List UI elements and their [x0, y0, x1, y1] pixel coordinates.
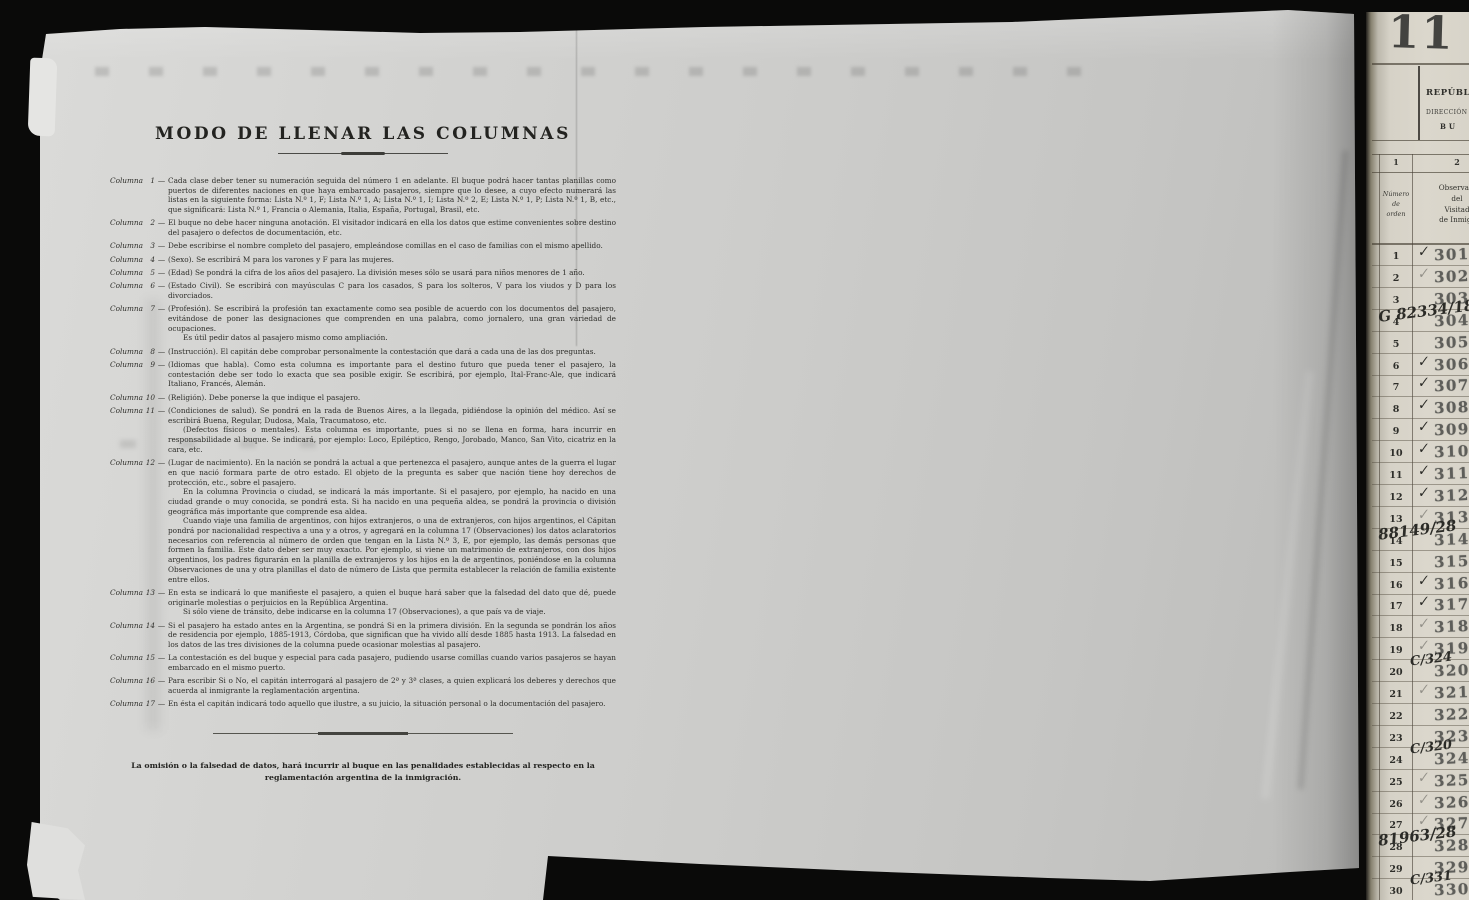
- order-number: 10: [1380, 448, 1412, 459]
- item-number: 12: [144, 458, 155, 584]
- stamped-number: 309: [1434, 419, 1469, 439]
- order-number: 1: [1380, 251, 1412, 262]
- item-text: Debe escribirse el nombre completo del p…: [168, 241, 616, 251]
- table-row: 20320C/324: [1372, 659, 1469, 682]
- checkmark-icon: ✓: [1417, 462, 1430, 480]
- order-number: 11: [1380, 470, 1412, 481]
- item-text: (Idiomas que habla). Como esta columna e…: [168, 360, 616, 389]
- order-number: 18: [1380, 623, 1412, 634]
- stamped-number: 317: [1434, 594, 1469, 614]
- item-dash: —: [155, 588, 168, 617]
- scanned-ledger-spread: MODO DE LLENAR LAS COLUMNAS Columna1—Cad…: [0, 0, 1469, 900]
- page-edge-shadow: [1272, 0, 1362, 900]
- direccion-heading: DIRECCIÓN: [1426, 109, 1467, 116]
- item-paragraph: (Religión). Debe ponerse la que indique …: [168, 393, 616, 403]
- stamped-number: 308: [1434, 397, 1469, 417]
- table-row: 21✓321: [1372, 681, 1469, 704]
- table-row: 18✓318: [1372, 615, 1469, 638]
- checkmark-icon: ✓: [1417, 615, 1430, 633]
- table-row: 9✓309: [1372, 418, 1469, 441]
- instructions-text-block: MODO DE LLENAR LAS COLUMNAS Columna1—Cad…: [110, 124, 616, 783]
- order-number: 5: [1380, 339, 1412, 350]
- item-dash: —: [155, 241, 168, 251]
- item-dash: —: [155, 347, 168, 357]
- checkmark-icon: ✓: [1417, 243, 1430, 261]
- table-row: 1✓301: [1372, 243, 1469, 266]
- table-row: 24324C/320: [1372, 747, 1469, 770]
- item-paragraph: La contestación es del buque y especial …: [168, 653, 616, 672]
- paper-highlight: [0, 0, 1362, 60]
- penalty-note: La omisión o la falsedad de datos, hará …: [123, 760, 603, 783]
- table-row: 17✓317: [1372, 593, 1469, 616]
- item-text: Para escribir Si o No, el capitán interr…: [168, 676, 616, 695]
- checkmark-icon: ✓: [1417, 769, 1430, 787]
- item-label-word: Columna: [110, 241, 144, 251]
- instruction-item: Columna16—Para escribir Si o No, el capi…: [110, 676, 616, 695]
- order-number: 25: [1380, 777, 1412, 788]
- checkmark-icon: ✓: [1417, 374, 1430, 392]
- item-number: 2: [144, 218, 155, 237]
- item-number: 9: [144, 360, 155, 389]
- republic-heading: REPÚBLIC: [1426, 88, 1469, 98]
- item-label-word: Columna: [110, 347, 144, 357]
- table-row: 2832881963/28: [1372, 834, 1469, 857]
- item-text: (Profesión). Se escribirá la profesión t…: [168, 304, 616, 343]
- checkmark-icon: ✓: [1417, 572, 1430, 590]
- instruction-item: Columna11—(Condiciones de salud). Se pon…: [110, 406, 616, 455]
- item-dash: —: [155, 458, 168, 584]
- item-paragraph: Debe escribirse el nombre completo del p…: [168, 241, 616, 251]
- item-dash: —: [155, 268, 168, 278]
- rule-line: [1372, 172, 1469, 173]
- table-row: 25✓325: [1372, 769, 1469, 792]
- item-text: (Condiciones de salud). Se pondrá en la …: [168, 406, 616, 455]
- instruction-item: Columna13—En esta se indicará lo que man…: [110, 588, 616, 617]
- order-number: 17: [1380, 601, 1412, 612]
- rule-line: [1372, 140, 1469, 141]
- order-number: 30: [1380, 886, 1412, 897]
- instruction-item: Columna4—(Sexo). Se escribirá M para los…: [110, 255, 616, 265]
- order-number: 15: [1380, 558, 1412, 569]
- item-dash: —: [155, 653, 168, 672]
- item-paragraph: (Sexo). Se escribirá M para los varones …: [168, 255, 616, 265]
- item-number: 5: [144, 268, 155, 278]
- item-number: 7: [144, 304, 155, 343]
- item-paragraph: Cada clase deber tener su numeración seg…: [168, 176, 616, 215]
- item-paragraph: En esta se indicará lo que manifieste el…: [168, 588, 616, 607]
- item-label-word: Columna: [110, 393, 144, 403]
- item-paragraph: En ésta el capitán indicará todo aquello…: [168, 699, 616, 709]
- table-row: 30330C/331: [1372, 878, 1469, 900]
- instruction-item: Columna15—La contestación es del buque y…: [110, 653, 616, 672]
- order-number: 24: [1380, 755, 1412, 766]
- order-number: 22: [1380, 711, 1412, 722]
- item-dash: —: [155, 304, 168, 343]
- item-number: 4: [144, 255, 155, 265]
- rule-line: [1372, 63, 1469, 65]
- item-number: 15: [144, 653, 155, 672]
- header-line: de: [1376, 200, 1416, 210]
- instruction-item: Columna5—(Edad) Se pondrá la cifra de lo…: [110, 268, 616, 278]
- item-label-word: Columna: [110, 304, 144, 343]
- item-dash: —: [155, 255, 168, 265]
- table-row: 22322: [1372, 703, 1469, 726]
- stamped-number: 302: [1434, 266, 1469, 286]
- item-number: 16: [144, 676, 155, 695]
- checkmark-icon: ✓: [1417, 791, 1430, 809]
- header-rule: [1418, 66, 1420, 140]
- order-number: 26: [1380, 799, 1412, 810]
- item-dash: —: [155, 393, 168, 403]
- item-text: Si el pasajero ha estado antes en la Arg…: [168, 621, 616, 650]
- stamped-number: 315: [1434, 550, 1469, 570]
- item-dash: —: [155, 176, 168, 215]
- checkmark-icon: ✓: [1417, 353, 1430, 371]
- instructions-page: MODO DE LLENAR LAS COLUMNAS Columna1—Cad…: [0, 0, 1362, 900]
- stamped-number: 305: [1434, 331, 1469, 351]
- table-row: 5305: [1372, 331, 1469, 354]
- footer-divider: [213, 731, 513, 736]
- checkmark-icon: ✓: [1417, 265, 1430, 283]
- table-row: 8✓308: [1372, 396, 1469, 419]
- item-text: La contestación es del buque y especial …: [168, 653, 616, 672]
- order-number: 7: [1380, 382, 1412, 393]
- item-text: (Estado Civil). Se escribirá con mayúscu…: [168, 281, 616, 300]
- order-number: 16: [1380, 580, 1412, 591]
- item-paragraph: Para escribir Si o No, el capitán interr…: [168, 676, 616, 695]
- numero-de-orden-header: Númerodeorden: [1376, 190, 1416, 220]
- item-text: (Edad) Se pondrá la cifra de los años de…: [168, 268, 616, 278]
- stamped-number: 321: [1434, 682, 1469, 702]
- column-2-number: 2: [1414, 157, 1469, 167]
- checkmark-icon: ✓: [1417, 396, 1430, 414]
- order-number: 20: [1380, 667, 1412, 678]
- item-number: 11: [144, 406, 155, 455]
- stamped-number: 322: [1434, 704, 1469, 724]
- order-number: 21: [1380, 689, 1412, 700]
- item-paragraph: (Instrucción). El capitán debe comprobar…: [168, 347, 616, 357]
- item-dash: —: [155, 621, 168, 650]
- item-label-word: Columna: [110, 458, 144, 584]
- instruction-item: Columna3—Debe escribirse el nombre compl…: [110, 241, 616, 251]
- buenos-aires-heading: BU: [1440, 122, 1458, 131]
- item-number: 3: [144, 241, 155, 251]
- item-paragraph: (Profesión). Se escribirá la profesión t…: [168, 304, 616, 333]
- instruction-item: Columna9—(Idiomas que habla). Como esta …: [110, 360, 616, 389]
- item-text: (Lugar de nacimiento). En la nación se p…: [168, 458, 616, 584]
- title-ornament: [278, 151, 448, 156]
- bleedthrough-stain: [95, 67, 1105, 76]
- checkmark-icon: ✓: [1417, 681, 1430, 699]
- item-label-word: Columna: [110, 255, 144, 265]
- header-line: de Inmigr: [1414, 215, 1469, 226]
- stamped-number: 301: [1434, 244, 1469, 264]
- item-paragraph: (Lugar de nacimiento). En la nación se p…: [168, 458, 616, 487]
- page-number: 11: [1387, 9, 1455, 56]
- item-dash: —: [155, 281, 168, 300]
- instruction-item: Columna14—Si el pasajero ha estado antes…: [110, 621, 616, 650]
- stamped-number: 326: [1434, 791, 1469, 811]
- item-dash: —: [155, 360, 168, 389]
- order-number: 23: [1380, 733, 1412, 744]
- item-paragraph: (Condiciones de salud). Se pondrá en la …: [168, 406, 616, 425]
- item-label-word: Columna: [110, 676, 144, 695]
- item-number: 14: [144, 621, 155, 650]
- item-label-word: Columna: [110, 281, 144, 300]
- item-label-word: Columna: [110, 653, 144, 672]
- item-label-word: Columna: [110, 406, 144, 455]
- table-row: 15315: [1372, 550, 1469, 573]
- item-paragraph: Cuando viaje una familia de argentinos, …: [168, 516, 616, 584]
- table-row: 16✓316: [1372, 572, 1469, 595]
- item-number: 13: [144, 588, 155, 617]
- instruction-item: Columna10—(Religión). Debe ponerse la qu…: [110, 393, 616, 403]
- item-paragraph: Es útil pedir datos al pasajero mismo co…: [168, 333, 616, 343]
- item-label-word: Columna: [110, 588, 144, 617]
- header-line: del: [1414, 194, 1469, 205]
- item-text: El buque no debe hacer ninguna anotación…: [168, 218, 616, 237]
- item-paragraph: El buque no debe hacer ninguna anotación…: [168, 218, 616, 237]
- item-label-word: Columna: [110, 176, 144, 215]
- stamped-number: 311: [1434, 463, 1469, 483]
- stamped-number: 325: [1434, 769, 1469, 789]
- item-text: (Instrucción). El capitán debe comprobar…: [168, 347, 616, 357]
- item-paragraph: Si el pasajero ha estado antes en la Arg…: [168, 621, 616, 650]
- item-text: (Sexo). Se escribirá M para los varones …: [168, 255, 616, 265]
- item-text: En esta se indicará lo que manifieste el…: [168, 588, 616, 617]
- table-row: 7✓307: [1372, 374, 1469, 397]
- order-number: 8: [1380, 404, 1412, 415]
- column-instructions-list: Columna1—Cada clase deber tener su numer…: [110, 176, 616, 709]
- table-row: 26✓326: [1372, 791, 1469, 814]
- instruction-item: Columna12—(Lugar de nacimiento). En la n…: [110, 458, 616, 584]
- instruction-item: Columna2—El buque no debe hacer ninguna …: [110, 218, 616, 237]
- table-row: 1431488149/28: [1372, 528, 1469, 551]
- item-dash: —: [155, 676, 168, 695]
- instruction-item: Columna1—Cada clase deber tener su numer…: [110, 176, 616, 215]
- stamped-number: 318: [1434, 616, 1469, 636]
- item-label-word: Columna: [110, 621, 144, 650]
- table-row: 6✓306: [1372, 353, 1469, 376]
- header-line: Número: [1376, 190, 1416, 200]
- stamped-number: 306: [1434, 353, 1469, 373]
- order-number: 2: [1380, 273, 1412, 284]
- item-dash: —: [155, 699, 168, 709]
- item-number: 8: [144, 347, 155, 357]
- item-dash: —: [155, 218, 168, 237]
- stamped-number: 316: [1434, 572, 1469, 592]
- item-paragraph: (Idiomas que habla). Como esta columna e…: [168, 360, 616, 389]
- table-row: 12✓312: [1372, 484, 1469, 507]
- header-line: orden: [1376, 210, 1416, 220]
- instruction-item: Columna7—(Profesión). Se escribirá la pr…: [110, 304, 616, 343]
- item-paragraph: En la columna Provincia o ciudad, se ind…: [168, 487, 616, 516]
- item-number: 1: [144, 176, 155, 215]
- instruction-item: Columna6—(Estado Civil). Se escribirá co…: [110, 281, 616, 300]
- page-title: MODO DE LLENAR LAS COLUMNAS: [110, 124, 616, 144]
- stamped-number: 307: [1434, 375, 1469, 395]
- item-label-word: Columna: [110, 699, 144, 709]
- order-number: 19: [1380, 645, 1412, 656]
- checkmark-icon: ✓: [1417, 593, 1430, 611]
- item-number: 10: [144, 393, 155, 403]
- table-row: 4304G 82334/18: [1372, 309, 1469, 332]
- checkmark-icon: ✓: [1417, 440, 1430, 458]
- item-paragraph: (Estado Civil). Se escribirá con mayúscu…: [168, 281, 616, 300]
- ledger-page-strip: 11 REPÚBLIC DIRECCIÓN BU 1 2 Númerodeord…: [1366, 0, 1469, 900]
- item-text: En ésta el capitán indicará todo aquello…: [168, 699, 616, 709]
- header-line: Visitad: [1414, 205, 1469, 216]
- order-number: 12: [1380, 492, 1412, 503]
- item-paragraph: (Defectos físicos o mentales). Esta colu…: [168, 425, 616, 454]
- table-row: 10✓310: [1372, 440, 1469, 463]
- header-line: Observaci: [1414, 183, 1469, 194]
- item-label-word: Columna: [110, 218, 144, 237]
- table-row: 2✓302: [1372, 265, 1469, 288]
- observaciones-header: ObservacidelVisitadde Inmigr: [1414, 183, 1469, 226]
- order-number: 29: [1380, 864, 1412, 875]
- item-label-word: Columna: [110, 268, 144, 278]
- stamped-number: 312: [1434, 485, 1469, 505]
- order-number: 9: [1380, 426, 1412, 437]
- item-number: 17: [144, 699, 155, 709]
- order-number: 6: [1380, 361, 1412, 372]
- checkmark-icon: ✓: [1417, 418, 1430, 436]
- stamped-number: 310: [1434, 441, 1469, 461]
- item-text: Cada clase deber tener su numeración seg…: [168, 176, 616, 215]
- checkmark-icon: ✓: [1417, 484, 1430, 502]
- item-number: 6: [144, 281, 155, 300]
- table-row: 11✓311: [1372, 462, 1469, 485]
- rule-line: [1372, 154, 1469, 155]
- column-1-number: 1: [1380, 157, 1412, 167]
- item-paragraph: (Edad) Se pondrá la cifra de los años de…: [168, 268, 616, 278]
- item-text: (Religión). Debe ponerse la que indique …: [168, 393, 616, 403]
- item-dash: —: [155, 406, 168, 455]
- instruction-item: Columna8—(Instrucción). El capitán debe …: [110, 347, 616, 357]
- item-label-word: Columna: [110, 360, 144, 389]
- instruction-item: Columna17—En ésta el capitán indicará to…: [110, 699, 616, 709]
- item-paragraph: Si sólo viene de tránsito, debe indicars…: [168, 607, 616, 617]
